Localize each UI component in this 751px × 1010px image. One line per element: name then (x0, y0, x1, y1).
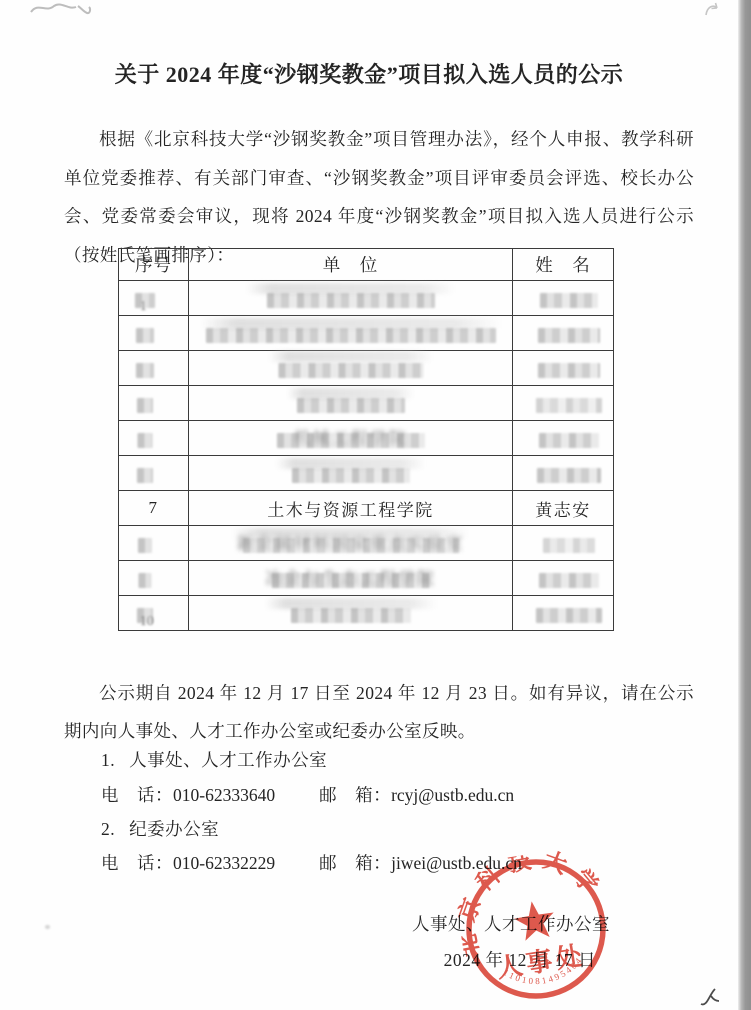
cell-unit (189, 351, 513, 386)
redaction-block (291, 608, 411, 623)
redaction-block (297, 398, 405, 413)
redaction-block (135, 293, 155, 308)
scanned-notice-page: 关于 2024 年度“沙钢奖教金”项目拟入选人员的公示 根据《北京科技大学“沙钢… (0, 0, 751, 1010)
cell-seq (119, 351, 189, 386)
phone-label: 电 话： (101, 850, 173, 875)
redaction-block (267, 293, 435, 308)
table-row-2-redacted (119, 316, 614, 351)
cell-unit: 冶金与生态工程学院 (189, 561, 513, 596)
redaction-block (277, 433, 425, 448)
cell-name (513, 561, 614, 596)
redaction-block (292, 468, 410, 483)
cell-unit (189, 456, 513, 491)
redaction-block (538, 363, 600, 378)
table-row-9-redacted: 冶金与生态工程学院 (119, 561, 614, 596)
cell-unit (189, 386, 513, 421)
contact-2-office: 纪委办公室 (129, 816, 219, 841)
scan-dot-artifact (45, 925, 50, 929)
redaction-block (537, 468, 601, 483)
redaction-block (536, 608, 602, 623)
scan-arrow-artifact (702, 0, 722, 20)
contact-1-email: rcyj@ustb.edu.cn (391, 785, 514, 806)
redaction-block (543, 538, 595, 553)
cell-seq: 10 (119, 596, 189, 631)
cell-seq (119, 386, 189, 421)
cell-unit: 新金属材料国家重点实验室 (189, 526, 513, 561)
table-header-unit: 单 位 (189, 249, 513, 281)
table-row-8-redacted: 新金属材料国家重点实验室 (119, 526, 614, 561)
table-header-row: 序号 单 位 姓 名 (119, 249, 614, 281)
cell-seq: 1 (119, 281, 189, 316)
contact-2-index: 2. (101, 819, 115, 840)
cell-unit (189, 596, 513, 631)
table-row-10-redacted: 10 (119, 596, 614, 631)
cell-seq (119, 526, 189, 561)
redaction-block (136, 363, 154, 378)
cell-seq (119, 561, 189, 596)
table-row-4-redacted (119, 386, 614, 421)
contact-2-phone: 010-62332229 (173, 853, 275, 874)
cell-seq (119, 421, 189, 456)
redaction-block (538, 328, 600, 343)
cell-unit (189, 316, 513, 351)
redaction-block (539, 433, 599, 448)
redaction-block (137, 468, 153, 483)
table-header-name: 姓 名 (513, 249, 614, 281)
cell-unit: 机械工程学院 (189, 421, 513, 456)
cell-name (513, 456, 614, 491)
cell-name (513, 596, 614, 631)
cell-seq: 7 (119, 491, 189, 526)
redaction-block (536, 398, 602, 413)
cell-seq (119, 456, 189, 491)
redaction-smear (268, 351, 433, 362)
scan-mark-artifact (698, 986, 722, 1010)
cell-name (513, 421, 614, 456)
cell-name: 黄志安 (513, 491, 614, 526)
page-title: 关于 2024 年度“沙钢奖教金”项目拟入选人员的公示 (0, 58, 738, 89)
cell-name (513, 526, 614, 561)
table-row-5-redacted: 机械工程学院 (119, 421, 614, 456)
cell-name (513, 386, 614, 421)
period-paragraph: 公示期自 2024 年 12 月 17 日至 2024 年 12 月 23 日。… (64, 674, 694, 750)
contact-1-index: 1. (101, 750, 115, 771)
redaction-block (539, 573, 599, 588)
redaction-block (243, 538, 459, 553)
table-header-seq: 序号 (119, 249, 189, 281)
phone-label: 电 话： (101, 782, 173, 807)
table-row-7-visible: 7 土木与资源工程学院 黄志安 (119, 491, 614, 526)
contact-1-detail-line: 电 话：010-62333640 邮 箱：rcyj@ustb.edu.cn (101, 782, 514, 807)
redaction-block (278, 363, 423, 378)
redaction-block (137, 608, 153, 623)
contact-2-office-line: 2. 纪委办公室 (101, 816, 219, 841)
cell-unit: 土木与资源工程学院 (189, 491, 513, 526)
email-label: 邮 箱： (319, 782, 391, 807)
redaction-block (206, 328, 496, 343)
cell-name (513, 351, 614, 386)
contact-1-office-line: 1. 人事处、人才工作办公室 (101, 747, 327, 772)
cell-seq (119, 316, 189, 351)
email-label: 邮 箱： (319, 850, 391, 875)
redaction-block (136, 328, 154, 343)
redaction-block (139, 573, 152, 588)
contact-1-phone: 010-62333640 (173, 785, 275, 806)
cell-unit (189, 281, 513, 316)
table-row-1-redacted: 1 (119, 281, 614, 316)
cell-name (513, 281, 614, 316)
redaction-block (272, 573, 430, 588)
cell-name (513, 316, 614, 351)
redaction-block (138, 538, 152, 553)
scan-smudge-artifact (28, 0, 108, 20)
awardee-table: 序号 单 位 姓 名 1 (118, 248, 614, 631)
table-row-6-redacted (119, 456, 614, 491)
contact-1-office: 人事处、人才工作办公室 (129, 747, 327, 772)
redaction-block (137, 398, 153, 413)
official-seal: 北京科技大学 人事处 1101081495404 (450, 843, 622, 1010)
table-row-3-redacted (119, 351, 614, 386)
seal-star (512, 898, 557, 942)
redaction-block (540, 293, 598, 308)
scan-edge-strip (738, 0, 751, 1010)
redaction-block (138, 433, 153, 448)
